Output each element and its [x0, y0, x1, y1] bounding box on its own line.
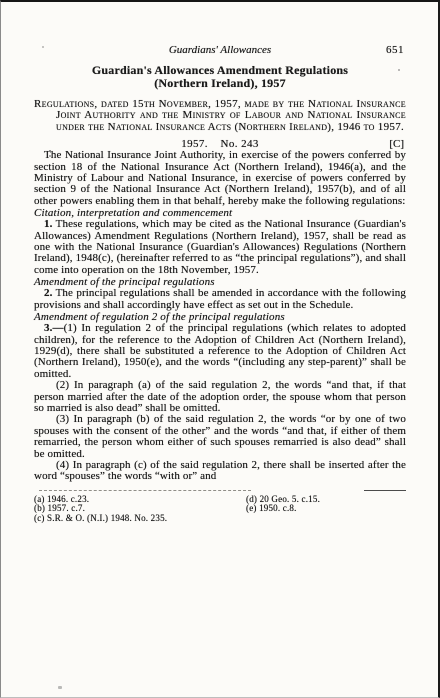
- regulation-1-number: 1.: [44, 218, 53, 230]
- footnotes: (a) 1946. c.23. (b) 1957. c.7. (c) S.R. …: [34, 495, 406, 524]
- regulation-2-paragraph: 2. The principal regulations shall be am…: [34, 288, 406, 311]
- regulation-3-3-paragraph: (3) In paragraph (b) of the said regulat…: [34, 414, 406, 460]
- preamble: Regulations, dated 15th November, 1957, …: [34, 99, 406, 133]
- regulation-3-1-paragraph: 3.—(1) In regulation 2 of the principal …: [34, 323, 406, 380]
- regulation-3-number: 3.—: [44, 322, 64, 334]
- regulation-3-2-paragraph: (2) In paragraph (a) of the said regulat…: [34, 380, 406, 414]
- footnotes-right-column: (d) 20 Geo. 5. c.15. (e) 1950. c.8.: [246, 495, 406, 524]
- regulation-3-4-paragraph: (4) In paragraph (c) of the said regulat…: [34, 460, 406, 483]
- scan-speck: [49, 150, 51, 152]
- page-number: 651: [386, 44, 404, 56]
- footnote-separator: [34, 489, 406, 492]
- enacting-paragraph: The National Insurance Joint Authority, …: [34, 150, 406, 207]
- footnote-e: (e) 1950. c.8.: [246, 504, 406, 514]
- running-head: Guardians' Allowances 651: [34, 44, 406, 56]
- document-title: Guardian's Allowances Amendment Regulati…: [34, 64, 406, 90]
- classification-mark: [C]: [389, 138, 404, 150]
- instrument-number: 1957. No. 243: [181, 138, 259, 150]
- footnote-c: (c) S.R. & O. (N.I.) 1948. No. 235.: [34, 514, 246, 524]
- regulation-1-text: These regulations, which may be cited as…: [34, 218, 406, 276]
- scan-speck: [49, 155, 51, 157]
- regulation-2-text: The principal regulations shall be amend…: [34, 287, 406, 310]
- scan-speck: [42, 46, 44, 48]
- scanned-document-page: Guardians' Allowances 651 Guardian's All…: [0, 0, 440, 698]
- document-title-line2: (Northern Ireland), 1957: [34, 77, 406, 90]
- scan-speck: [58, 686, 62, 689]
- footnote-separator-right-segment: [364, 490, 406, 491]
- footnotes-left-column: (a) 1946. c.23. (b) 1957. c.7. (c) S.R. …: [34, 495, 246, 524]
- regulation-3-1-text: (1) In regulation 2 of the principal reg…: [34, 322, 406, 380]
- scan-speck: [398, 69, 400, 71]
- page-content: Guardians' Allowances 651 Guardian's All…: [1, 2, 438, 697]
- footnote-separator-left-segment: [39, 490, 251, 491]
- regulation-2-number: 2.: [44, 287, 53, 299]
- instrument-number-row: 1957. No. 243 [C]: [34, 138, 406, 150]
- regulation-1-paragraph: 1. These regulations, which may be cited…: [34, 219, 406, 276]
- running-head-title: Guardians' Allowances: [169, 44, 271, 56]
